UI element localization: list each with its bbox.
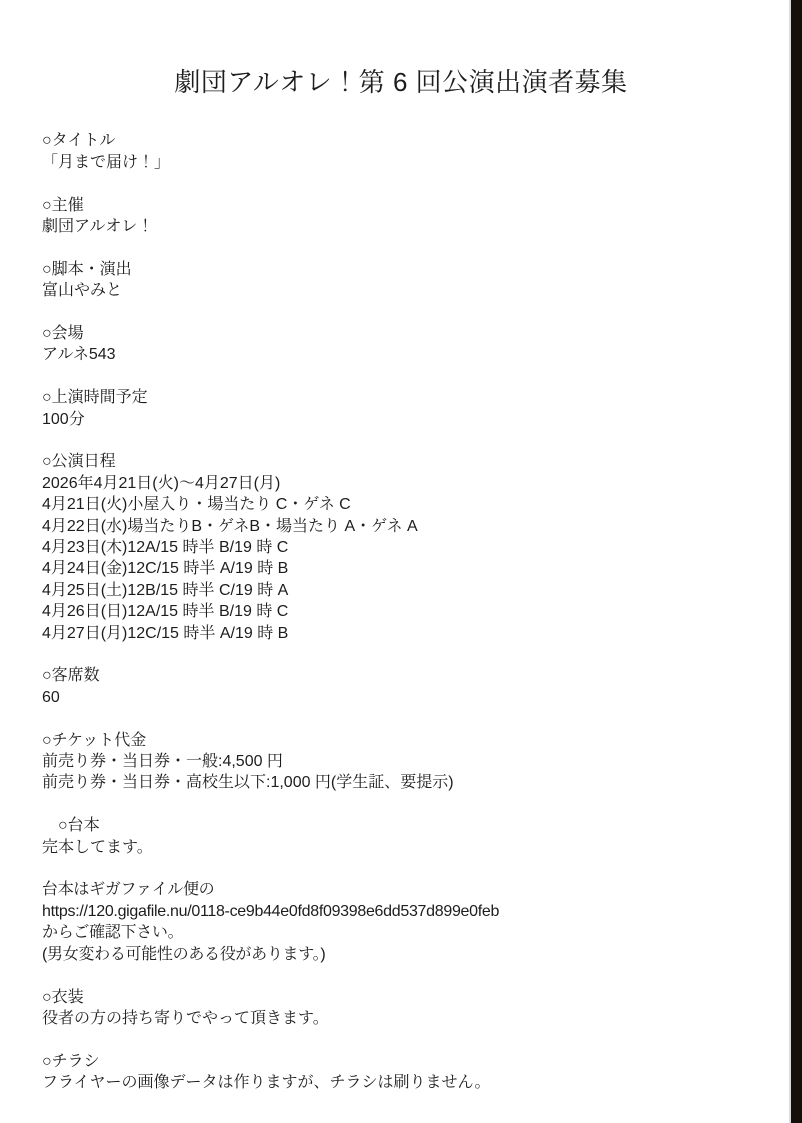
paragraph: ○台本完本してます。 (42, 815, 742, 858)
text-line: 4月27日(月)12C/15 時半 A/19 時 B (42, 623, 742, 644)
text-line: 4月22日(水)場当たりB・ゲネB・場当たり A・ゲネ A (42, 516, 742, 537)
document-page: 劇団アルオレ！第 6 回公演出演者募集 ○タイトル「月まで届け！」○主催劇団アル… (0, 0, 802, 1123)
paragraph: ○衣装役者の方の持ち寄りでやって頂きます。 (42, 987, 742, 1030)
page-title: 劇団アルオレ！第 6 回公演出演者募集 (0, 17, 802, 97)
text-line: 完本してます。 (42, 837, 742, 858)
paragraph: ○主催劇団アルオレ！ (42, 195, 742, 238)
paragraph: 台本はギガファイル便のhttps://120.gigafile.nu/0118-… (42, 879, 742, 965)
text-line: 「月まで届け！」 (42, 152, 742, 173)
text-line: ○客席数 (42, 665, 742, 686)
text-line: ○衣装 (42, 987, 742, 1008)
text-line: 役者の方の持ち寄りでやって頂きます。 (42, 1008, 742, 1029)
text-line: 4月23日(木)12A/15 時半 B/19 時 C (42, 537, 742, 558)
text-line: ○脚本・演出 (42, 259, 742, 280)
text-line: 富山やみと (42, 280, 742, 301)
text-line: (男女変わる可能性のある役があります。) (42, 944, 742, 965)
gigafile-url: https://120.gigafile.nu/0118-ce9b44e0fd8… (42, 901, 742, 922)
text-line: 前売り券・当日券・一般:4,500 円 (42, 751, 742, 772)
paragraph: ○会場アルネ543 (42, 323, 742, 366)
right-edge-bar (791, 0, 802, 1123)
text-line: 台本はギガファイル便の (42, 879, 742, 900)
paragraph: ○上演時間予定100分 (42, 387, 742, 430)
text-line: ○チラシ (42, 1051, 742, 1072)
paragraph: ○チラシフライヤーの画像データは作りますが、チラシは刷りません。 (42, 1051, 742, 1094)
text-line: ○台本 (42, 815, 742, 836)
text-line: ○主催 (42, 195, 742, 216)
text-line: 4月21日(火)小屋入り・場当たり C・ゲネ C (42, 494, 742, 515)
text-line: からご確認下さい。 (42, 922, 742, 943)
text-line: 4月25日(土)12B/15 時半 C/19 時 A (42, 580, 742, 601)
paragraph: ○チケット代金前売り券・当日券・一般:4,500 円前売り券・当日券・高校生以下… (42, 730, 742, 794)
document-body: ○タイトル「月まで届け！」○主催劇団アルオレ！○脚本・演出富山やみと○会場アルネ… (42, 130, 742, 1093)
text-line: ○会場 (42, 323, 742, 344)
text-line: 60 (42, 687, 742, 708)
text-line: ○チケット代金 (42, 730, 742, 751)
paragraph: ○タイトル「月まで届け！」 (42, 130, 742, 173)
text-line: 2026年4月21日(火)～4月27日(月) (42, 473, 742, 494)
paragraph: ○客席数60 (42, 665, 742, 708)
text-line: ○上演時間予定 (42, 387, 742, 408)
paragraph: ○公演日程2026年4月21日(火)～4月27日(月)4月21日(火)小屋入り・… (42, 451, 742, 644)
text-line: アルネ543 (42, 344, 742, 365)
text-line: 前売り券・当日券・高校生以下:1,000 円(学生証、要提示) (42, 772, 742, 793)
text-line: 4月26日(日)12A/15 時半 B/19 時 C (42, 601, 742, 622)
text-line: フライヤーの画像データは作りますが、チラシは刷りません。 (42, 1072, 742, 1093)
text-line: 劇団アルオレ！ (42, 216, 742, 237)
text-line: 4月24日(金)12C/15 時半 A/19 時 B (42, 558, 742, 579)
text-line: ○タイトル (42, 130, 742, 151)
text-line: 100分 (42, 409, 742, 430)
paragraph: ○脚本・演出富山やみと (42, 259, 742, 302)
text-line: ○公演日程 (42, 451, 742, 472)
